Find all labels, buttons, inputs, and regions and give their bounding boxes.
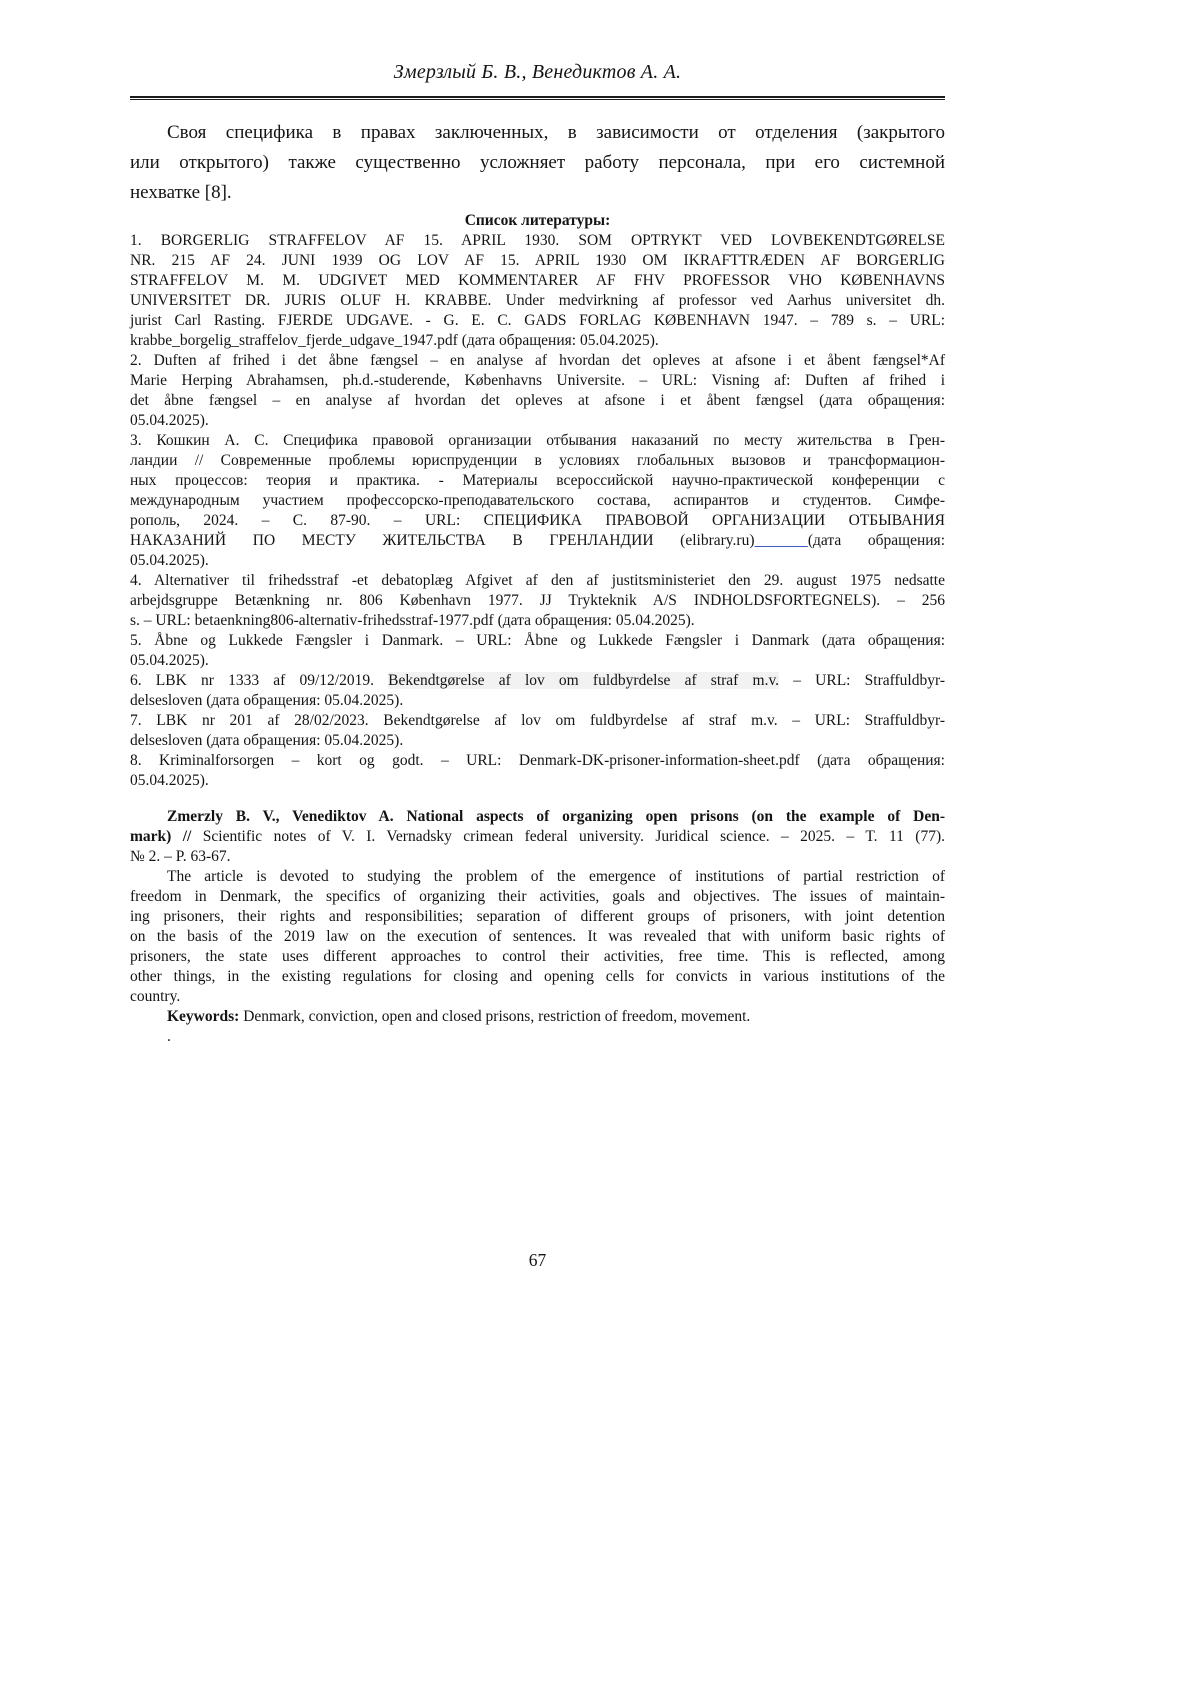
- text-line: freedom in Denmark, the specifics of org…: [130, 887, 945, 907]
- reference-1: 1. BORGERLIG STRAFFELOV AF 15. APRIL 193…: [130, 231, 945, 351]
- text-line: ных процессов: теория и практика. - Мате…: [130, 471, 945, 491]
- text-line: arbejdsgruppe Betænkning nr. 806 Københa…: [130, 591, 945, 611]
- reference-4: 4. Alternativer til frihedsstraf -et deb…: [130, 571, 945, 631]
- text-line: UNIVERSITET DR. JURIS OLUF H. KRABBE. Un…: [130, 291, 945, 311]
- document-content: Своя специфика в правах заключенных, в з…: [130, 118, 945, 1047]
- text-line: krabbe_borgelig_straffelov_fjerde_udgave…: [130, 331, 945, 351]
- document-page: Змерзлый Б. В., Венедиктов А. А. Своя сп…: [0, 0, 1200, 1271]
- text-line: det åbne fængsel – en analyse af hvordan…: [130, 391, 945, 411]
- text-line: jurist Carl Rasting. FJERDE UDGAVE. - G.…: [130, 311, 945, 331]
- page-number: 67: [130, 1250, 945, 1271]
- text-line: STRAFFELOV M. M. UDGIVET MED KOMMENTARER…: [130, 271, 945, 291]
- running-head-authors: Змерзлый Б. В., Венедиктов А. А.: [130, 60, 945, 85]
- text-line: № 2. – P. 63-67.: [130, 847, 945, 867]
- text-line: mark) // Scientific notes of V. I. Verna…: [130, 827, 945, 847]
- text-line: 05.04.2025).: [130, 651, 945, 671]
- text-line: The article is devoted to studying the p…: [130, 867, 945, 887]
- text-line: 05.04.2025).: [130, 551, 945, 571]
- bold-text: Список литературы:: [465, 212, 611, 229]
- text-line: Своя специфика в правах заключенных, в з…: [130, 118, 945, 148]
- highlighted-text: Bekendtgørelse af lov om fuldbyrdelse af…: [388, 672, 779, 689]
- text-line: международным участием профессорско-преп…: [130, 491, 945, 511]
- text-line: Marie Herping Abrahamsen, ph.d.-studeren…: [130, 371, 945, 391]
- text-line: Keywords: Denmark, conviction, open and …: [130, 1007, 945, 1027]
- text-line: 6. LBK nr 1333 af 09/12/2019. Bekendtgør…: [130, 671, 945, 691]
- text-line: ландии // Современные проблемы юриспруде…: [130, 451, 945, 471]
- header-rule: [130, 96, 945, 100]
- text-line: 3. Кошкин А. С. Специфика правовой орган…: [130, 431, 945, 451]
- text-line: NR. 215 AF 24. JUNI 1939 OG LOV AF 15. A…: [130, 251, 945, 271]
- reference-2: 2. Duften af frihed i det åbne fængsel –…: [130, 351, 945, 431]
- text-line: НАКАЗАНИЙ ПО МЕСТУ ЖИТЕЛЬСТВА В ГРЕНЛАНД…: [130, 531, 945, 551]
- text-line: prisoners, the state uses different appr…: [130, 947, 945, 967]
- text-line: 8. Kriminalforsorgen – kort og godt. – U…: [130, 751, 945, 771]
- reference-8: 8. Kriminalforsorgen – kort og godt. – U…: [130, 751, 945, 791]
- text-line: 1. BORGERLIG STRAFFELOV AF 15. APRIL 193…: [130, 231, 945, 251]
- text-line: нехватке [8].: [130, 178, 945, 208]
- text-line: 4. Alternativer til frihedsstraf -et deb…: [130, 571, 945, 591]
- text-line: on the basis of the 2019 law on the exec…: [130, 927, 945, 947]
- text-line: 2. Duften af frihed i det åbne fængsel –…: [130, 351, 945, 371]
- trailing-dot: .: [130, 1027, 945, 1047]
- keywords-line: Keywords: Denmark, conviction, open and …: [130, 1007, 945, 1027]
- elibrary-link-underline[interactable]: [754, 532, 807, 549]
- bold-text: mark) //: [130, 828, 191, 845]
- text-line: рополь, 2024. – С. 87-90. – URL: СПЕЦИФИ…: [130, 511, 945, 531]
- text-line: .: [130, 1027, 945, 1047]
- text-line: delsesloven (дата обращения: 05.04.2025)…: [130, 731, 945, 751]
- text-line: 05.04.2025).: [130, 411, 945, 431]
- reference-5: 5. Åbne og Lukkede Fængsler i Danmark. –…: [130, 631, 945, 671]
- text-line: Zmerzly B. V., Venediktov A. National as…: [130, 807, 945, 827]
- intro-paragraph: Своя специфика в правах заключенных, в з…: [130, 118, 945, 208]
- text-line: 7. LBK nr 201 af 28/02/2023. Bekendtgøre…: [130, 711, 945, 731]
- text-line: 05.04.2025).: [130, 771, 945, 791]
- text-line: delsesloven (дата обращения: 05.04.2025)…: [130, 691, 945, 711]
- english-citation: Zmerzly B. V., Venediktov A. National as…: [130, 807, 945, 867]
- text-line: 5. Åbne og Lukkede Fængsler i Danmark. –…: [130, 631, 945, 651]
- text-line: country.: [130, 987, 945, 1007]
- references-heading: Список литературы:: [130, 211, 945, 231]
- bold-text: Zmerzly B. V., Venediktov A. National as…: [167, 808, 945, 825]
- text-line: или открытого) также существенно усложня…: [130, 148, 945, 178]
- text-line: s. – URL: betaenkning806-alternativ-frih…: [130, 611, 945, 631]
- text-line: other things, in the existing regulation…: [130, 967, 945, 987]
- reference-6: 6. LBK nr 1333 af 09/12/2019. Bekendtgør…: [130, 671, 945, 711]
- english-abstract: The article is devoted to studying the p…: [130, 867, 945, 1007]
- bold-text: Keywords:: [167, 1008, 239, 1025]
- reference-3: 3. Кошкин А. С. Специфика правовой орган…: [130, 431, 945, 571]
- text-line: Список литературы:: [130, 211, 945, 231]
- reference-7: 7. LBK nr 201 af 28/02/2023. Bekendtgøre…: [130, 711, 945, 751]
- text-line: ing prisoners, their rights and responsi…: [130, 907, 945, 927]
